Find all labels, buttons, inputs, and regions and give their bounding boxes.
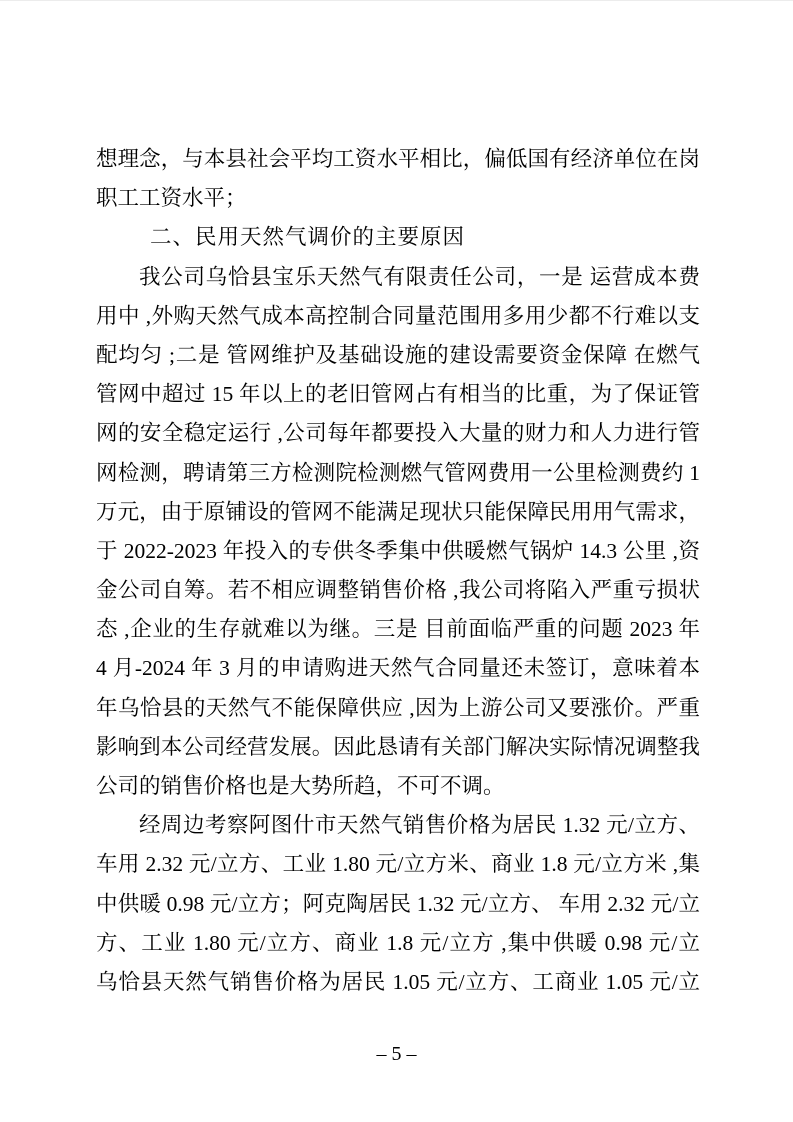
text-line: 网检测，聘请第三方检测院检测燃气管网费用一公里检测费约 1 [96, 454, 700, 493]
text-line: 年乌恰县的天然气不能保障供应 ,因为上游公司又要涨价。严重 [96, 689, 700, 728]
text-line: 车用 2.32 元/立方、工业 1.80 元/立方米、商业 1.8 元/立方米 … [96, 845, 700, 884]
paragraph-body: 经周边考察阿图什市天然气销售价格为居民 1.32 元/立方、车用 2.32 元/… [96, 806, 700, 1002]
text-line: 二、民用天然气调价的主要原因 [96, 218, 700, 257]
text-line: 乌恰县天然气销售价格为居民 1.05 元/立方、工商业 1.05 元/立方， [96, 963, 700, 1002]
text-line: 态 ,企业的生存就难以为继。三是 目前面临严重的问题 2023 年 [96, 610, 700, 649]
text-line: 我公司乌恰县宝乐天然气有限责任公司，一是 运营成本费 [96, 258, 700, 297]
text-line: 公司的销售价格也是大势所趋，不可不调。 [96, 767, 700, 806]
text-line: 万元，由于原铺设的管网不能满足现状只能保障民用用气需求， [96, 493, 700, 532]
text-line: 于 2022-2023 年投入的专供冬季集中供暖燃气锅炉 14.3 公里 ,资 [96, 532, 700, 571]
text-line: 金公司自筹。若不相应调整销售价格 ,我公司将陷入严重亏损状 [96, 571, 700, 610]
page-number: – 5 – [0, 1039, 793, 1069]
text-line: 4 月-2024 年 3 月的申请购进天然气合同量还未签订，意味着本 [96, 649, 700, 688]
text-line: 用中 ,外购天然气成本高控制合同量范围用多用少都不行难以支 [96, 297, 700, 336]
text-line: 经周边考察阿图什市天然气销售价格为居民 1.32 元/立方、 [96, 806, 700, 845]
text-line: 想理念，与本县社会平均工资水平相比，偏低国有经济单位在岗 [96, 140, 700, 179]
document-page: 想理念，与本县社会平均工资水平相比，偏低国有经济单位在岗职工工资水平；二、民用天… [0, 0, 793, 1122]
text-line: 管网中超过 15 年以上的老旧管网占有相当的比重，为了保证管 [96, 375, 700, 414]
text-line: 配均匀 ;二是 管网维护及基础设施的建设需要资金保障 在燃气 [96, 336, 700, 375]
paragraph-heading: 二、民用天然气调价的主要原因 [96, 218, 700, 257]
text-line: 网的安全稳定运行 ,公司每年都要投入大量的财力和人力进行管 [96, 414, 700, 453]
document-body: 想理念，与本县社会平均工资水平相比，偏低国有经济单位在岗职工工资水平；二、民用天… [96, 140, 700, 1002]
text-line: 中供暖 0.98 元/立方；阿克陶居民 1.32 元/立方、 车用 2.32 元… [96, 885, 700, 924]
paragraph-continuation: 想理念，与本县社会平均工资水平相比，偏低国有经济单位在岗职工工资水平； [96, 140, 700, 218]
paragraph-body: 我公司乌恰县宝乐天然气有限责任公司，一是 运营成本费用中 ,外购天然气成本高控制… [96, 258, 700, 807]
text-line: 职工工资水平； [96, 179, 700, 218]
text-line: 方、工业 1.80 元/立方、商业 1.8 元/立方 ,集中供暖 0.98 元/… [96, 924, 700, 963]
text-line: 影响到本公司经营发展。因此恳请有关部门解决实际情况调整我 [96, 728, 700, 767]
